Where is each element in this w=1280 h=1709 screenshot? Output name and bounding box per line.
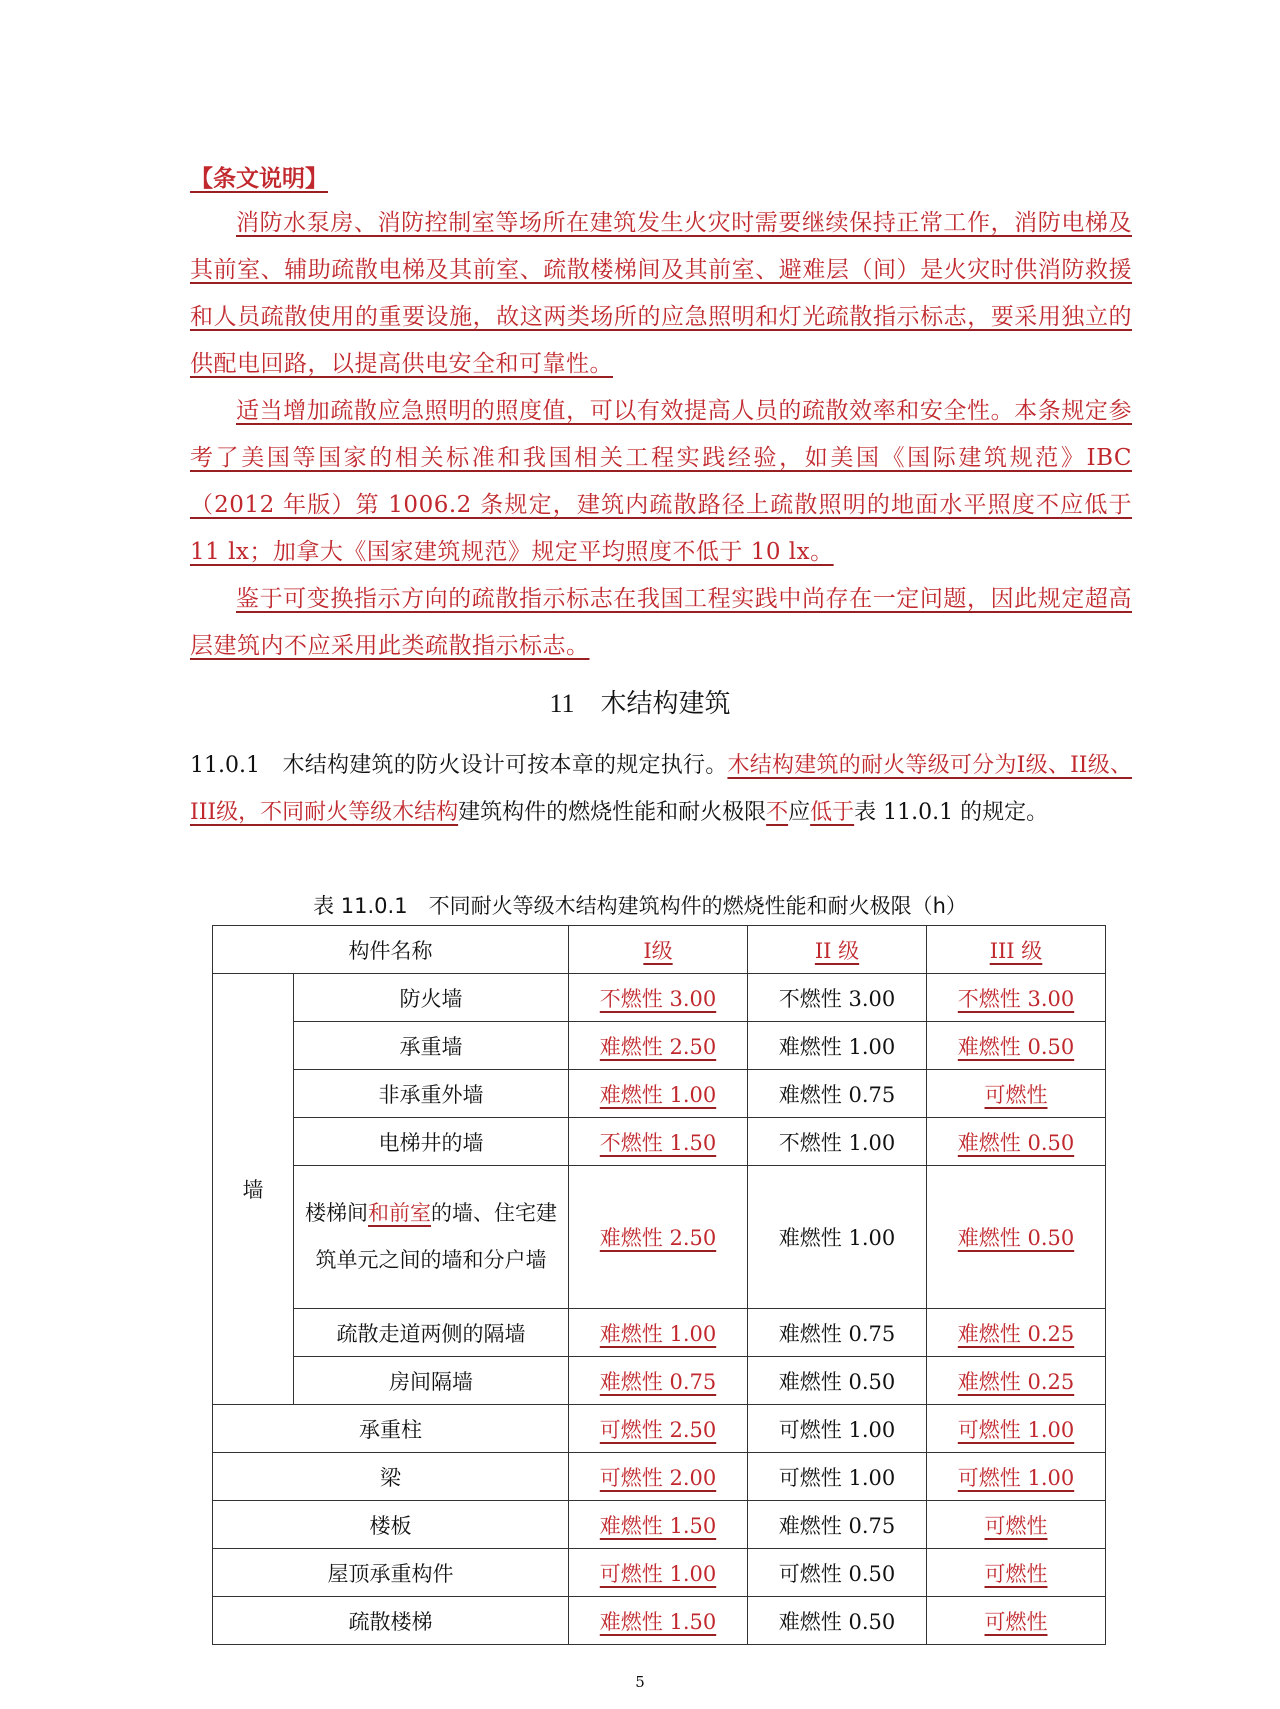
table-header-row: 构件名称 I级 II 级 III 级: [213, 926, 1106, 974]
grade-2-value: 可燃性 1.00: [779, 1418, 895, 1442]
table-row: 承重墙 难燃性 2.50 难燃性 1.00 难燃性 0.50: [213, 1022, 1106, 1070]
clause-text: 木结构建筑的防火设计可按本章的规定执行。: [282, 753, 727, 778]
component-name: 梁: [213, 1453, 569, 1501]
header-grade-1: I级: [643, 939, 672, 963]
table-row: 屋顶承重构件 可燃性 1.00 可燃性 0.50 可燃性: [213, 1549, 1106, 1597]
component-name-revision: 和前室: [368, 1201, 431, 1225]
grade-1-value: 难燃性 0.75: [600, 1370, 716, 1394]
clause-text: 表 11.0.1 的规定。: [854, 800, 1048, 825]
grade-1-value: 可燃性 2.50: [600, 1418, 716, 1442]
grade-3-value: 可燃性 1.00: [958, 1418, 1074, 1442]
table-row: 梁 可燃性 2.00 可燃性 1.00 可燃性 1.00: [213, 1453, 1106, 1501]
table-row: 疏散走道两侧的隔墙 难燃性 1.00 难燃性 0.75 难燃性 0.25: [213, 1309, 1106, 1357]
grade-2-value: 难燃性 1.00: [779, 1226, 895, 1250]
grade-1-value: 难燃性 2.50: [600, 1226, 716, 1250]
table-row: 楼梯间和前室的墙、住宅建筑单元之间的墙和分户墙 难燃性 2.50 难燃性 1.0…: [213, 1166, 1106, 1309]
page-number: 5: [0, 1673, 1280, 1691]
table-row: 疏散楼梯 难燃性 1.50 难燃性 0.50 可燃性: [213, 1597, 1106, 1645]
component-name: 防火墙: [294, 974, 569, 1022]
chapter-number: 11: [549, 689, 574, 718]
document-page: 【条文说明】 消防水泵房、消防控制室等场所在建筑发生火灾时需要继续保持正常工作，…: [0, 0, 1280, 1709]
clause-number: 11.0.1: [190, 753, 260, 778]
grade-2-value: 可燃性 0.50: [779, 1562, 895, 1586]
grade-3-value: 可燃性 1.00: [958, 1466, 1074, 1490]
grade-3-value: 可燃性: [985, 1083, 1048, 1107]
component-name: 非承重外墙: [294, 1070, 569, 1118]
grade-2-value: 难燃性 0.75: [779, 1083, 895, 1107]
grade-3-value: 可燃性: [985, 1514, 1048, 1538]
component-name: 疏散走道两侧的隔墙: [294, 1309, 569, 1357]
component-name: 承重墙: [294, 1022, 569, 1070]
component-name: 房间隔墙: [294, 1357, 569, 1405]
table-caption: 表 11.0.1 不同耐火等级木结构建筑构件的燃烧性能和耐火极限（h）: [0, 890, 1280, 920]
grade-2-value: 难燃性 0.50: [779, 1610, 895, 1634]
chapter-name: 木结构建筑: [601, 689, 731, 719]
clause-revision: 不: [766, 800, 788, 825]
header-component-name: 构件名称: [213, 926, 569, 974]
grade-1-value: 难燃性 1.00: [600, 1083, 716, 1107]
grade-1-value: 可燃性 2.00: [600, 1466, 716, 1490]
component-name: 电梯井的墙: [294, 1118, 569, 1166]
grade-3-value: 难燃性 0.50: [958, 1035, 1074, 1059]
table-row: 电梯井的墙 不燃性 1.50 不燃性 1.00 难燃性 0.50: [213, 1118, 1106, 1166]
grade-1-value: 不燃性 3.00: [600, 987, 716, 1011]
grade-3-value: 难燃性 0.50: [958, 1131, 1074, 1155]
header-grade-2: II 级: [815, 939, 859, 963]
grade-1-value: 难燃性 1.50: [600, 1610, 716, 1634]
grade-3-value: 可燃性: [985, 1562, 1048, 1586]
explanation-paragraph-2: 适当增加疏散应急照明的照度值，可以有效提高人员的疏散效率和安全性。本条规定参考了…: [190, 388, 1132, 576]
grade-1-value: 难燃性 1.50: [600, 1514, 716, 1538]
grade-3-value: 难燃性 0.50: [958, 1226, 1074, 1250]
explanation-body: 消防水泵房、消防控制室等场所在建筑发生火灾时需要继续保持正常工作，消防电梯及其前…: [190, 200, 1132, 670]
grade-1-value: 可燃性 1.00: [600, 1562, 716, 1586]
grade-3-value: 可燃性: [985, 1610, 1048, 1634]
component-name: 楼板: [213, 1501, 569, 1549]
component-name: 屋顶承重构件: [213, 1549, 569, 1597]
explanation-paragraph-3: 鉴于可变换指示方向的疏散指示标志在我国工程实践中尚存在一定问题，因此规定超高层建…: [190, 576, 1132, 670]
grade-2-value: 难燃性 1.00: [779, 1035, 895, 1059]
fire-resistance-table: 构件名称 I级 II 级 III 级 墙 防火墙 不燃性 3.00 不燃性 3.…: [212, 925, 1106, 1645]
table-row: 非承重外墙 难燃性 1.00 难燃性 0.75 可燃性: [213, 1070, 1106, 1118]
grade-2-value: 难燃性 0.75: [779, 1322, 895, 1346]
table-row: 房间隔墙 难燃性 0.75 难燃性 0.50 难燃性 0.25: [213, 1357, 1106, 1405]
explanation-label: 【条文说明】: [190, 160, 328, 193]
chapter-title: 11木结构建筑: [0, 683, 1280, 720]
explanation-paragraph-1: 消防水泵房、消防控制室等场所在建筑发生火灾时需要继续保持正常工作，消防电梯及其前…: [190, 200, 1132, 388]
grade-3-value: 不燃性 3.00: [958, 987, 1074, 1011]
grade-2-value: 难燃性 0.75: [779, 1514, 895, 1538]
clause-revision: 低于: [810, 800, 854, 825]
component-name: 楼梯间和前室的墙、住宅建筑单元之间的墙和分户墙: [294, 1166, 569, 1309]
header-grade-3: III 级: [990, 939, 1043, 963]
grade-3-value: 难燃性 0.25: [958, 1370, 1074, 1394]
grade-1-value: 难燃性 2.50: [600, 1035, 716, 1059]
clause-11-0-1: 11.0.1 木结构建筑的防火设计可按本章的规定执行。木结构建筑的耐火等级可分为…: [190, 742, 1132, 836]
wall-group-label: 墙: [213, 974, 294, 1405]
grade-3-value: 难燃性 0.25: [958, 1322, 1074, 1346]
clause-text: 应: [788, 800, 810, 825]
component-name: 承重柱: [213, 1405, 569, 1453]
table-row: 墙 防火墙 不燃性 3.00 不燃性 3.00 不燃性 3.00: [213, 974, 1106, 1022]
component-name-part: 楼梯间: [305, 1201, 368, 1225]
component-name: 疏散楼梯: [213, 1597, 569, 1645]
grade-2-value: 不燃性 3.00: [779, 987, 895, 1011]
grade-2-value: 可燃性 1.00: [779, 1466, 895, 1490]
grade-1-value: 难燃性 1.00: [600, 1322, 716, 1346]
grade-2-value: 不燃性 1.00: [779, 1131, 895, 1155]
table-row: 承重柱 可燃性 2.50 可燃性 1.00 可燃性 1.00: [213, 1405, 1106, 1453]
table-row: 楼板 难燃性 1.50 难燃性 0.75 可燃性: [213, 1501, 1106, 1549]
grade-1-value: 不燃性 1.50: [600, 1131, 716, 1155]
grade-2-value: 难燃性 0.50: [779, 1370, 895, 1394]
clause-text: 建筑构件的燃烧性能和耐火极限: [458, 800, 766, 825]
